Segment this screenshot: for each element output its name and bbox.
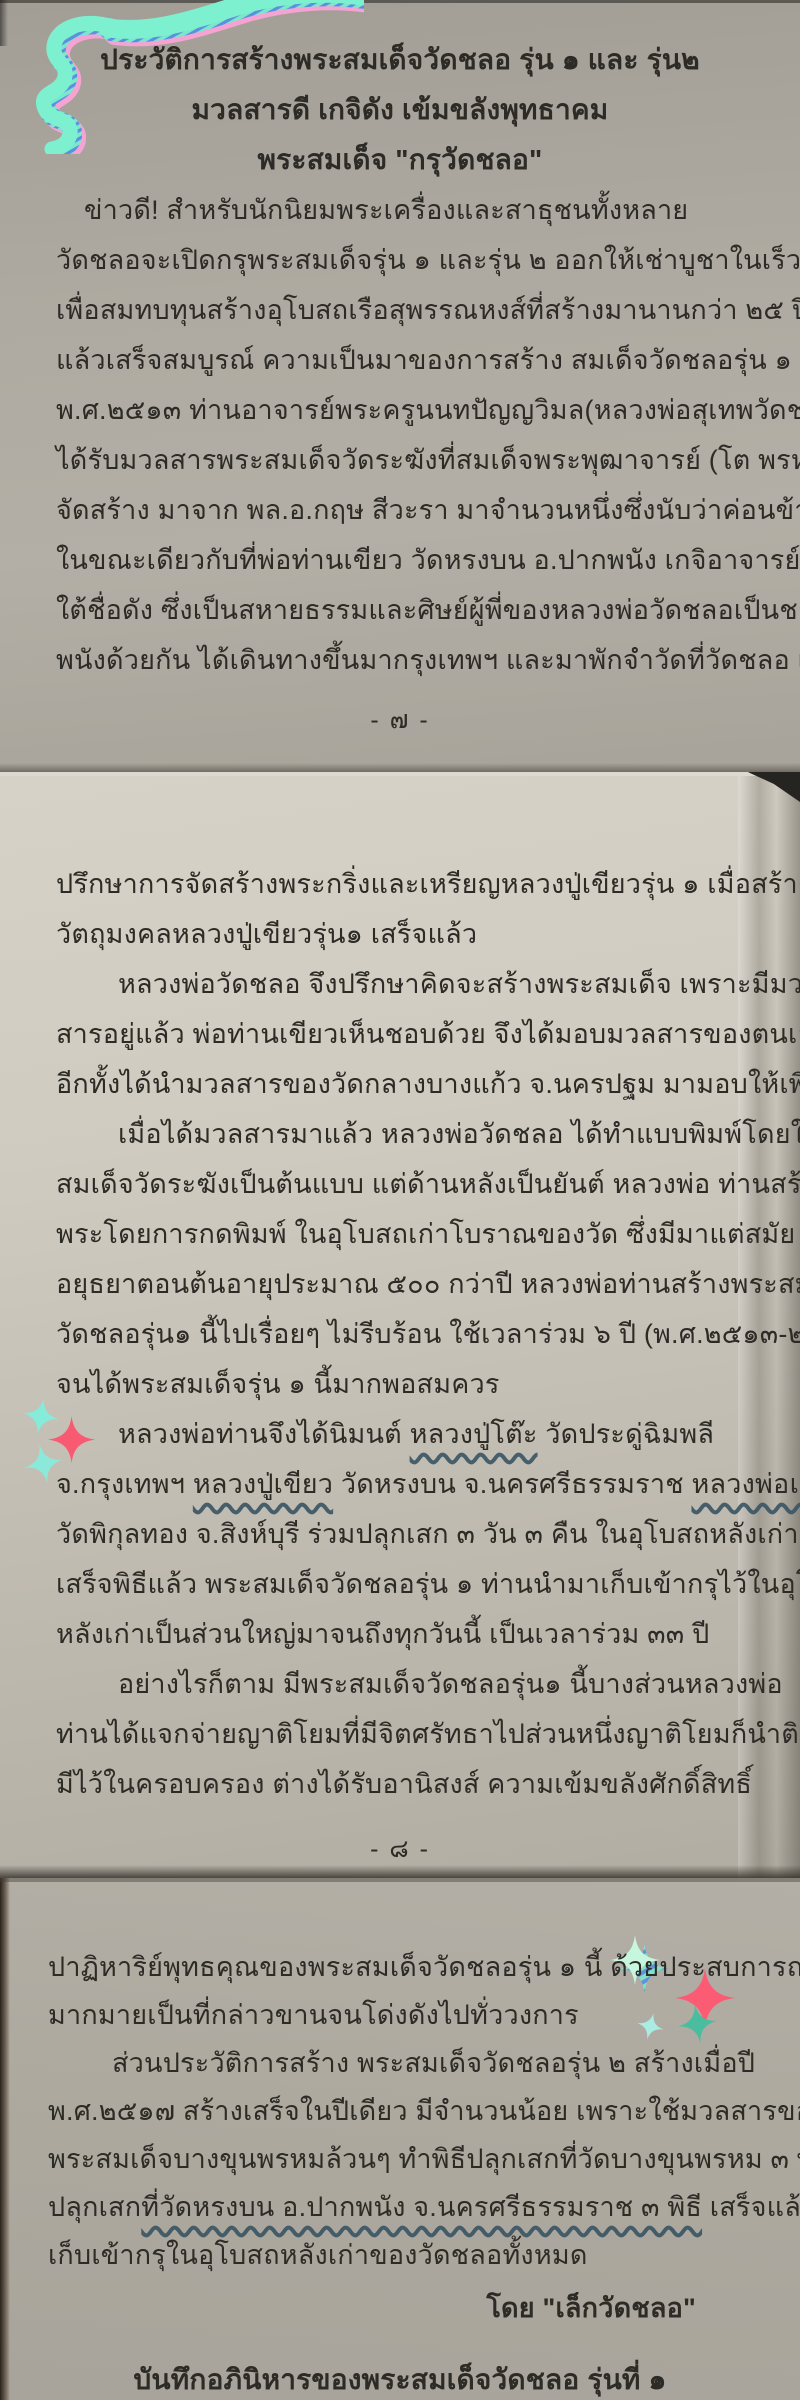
- scanned-page-8: ปรึกษาการจัดสร้างพระกริ่งและเหรียญหลวงปู…: [0, 772, 800, 1878]
- text-line: หลวงพ่อท่านจึงได้นิมนต์ หลวงปู่โต๊ะ วัดป…: [0, 1409, 800, 1459]
- title-line: พระสมเด็จ "กรุวัดชลอ": [0, 135, 800, 185]
- text-line: หลังเก่าเป็นส่วนใหญ่มาจนถึงทุกวันนี้ เป็…: [0, 1609, 800, 1659]
- text-line: จัดสร้าง มาจาก พล.อ.กฤษ สีวะรา มาจำนวนหน…: [0, 485, 800, 535]
- marker-underline: หลวงปู่โต๊ะ: [410, 1419, 538, 1449]
- section-heading: บันทึกอภินิหารของพระสมเด็จวัดชลอ รุ่นที่…: [0, 2356, 800, 2400]
- marker-underline: หลวงพ่อแพ: [691, 1469, 800, 1499]
- text-line: วัดพิกุลทอง จ.สิงห์บุรี ร่วมปลุกเสก ๓ วั…: [0, 1509, 800, 1559]
- text-line: เมื่อได้มวลสารมาแล้ว หลวงพ่อวัดชลอ ได้ทำ…: [0, 1109, 800, 1159]
- page-number: - ๗ -: [0, 700, 800, 740]
- text-line: จนได้พระสมเด็จรุ่น ๑ นี้มากพอสมควร: [0, 1359, 800, 1409]
- text-line: ปลุกเสกที่วัดหรงบน อ.ปากพนัง จ.นครศรีธรร…: [0, 2183, 800, 2231]
- text-line: ปาฏิหาริย์พุทธคุณของพระสมเด็จวัดชลอรุ่น …: [0, 1943, 800, 1991]
- text-line: มีไว้ในครอบครอง ต่างได้รับอานิสงส์ ความเ…: [0, 1759, 800, 1809]
- text-line: ท่านได้แจกจ่ายญาติโยมที่มีจิตศรัทธาไปส่ว…: [0, 1709, 800, 1759]
- page-7-text-block: ประวัติการสร้างพระสมเด็จวัดชลอ รุ่น ๑ แล…: [0, 35, 800, 685]
- text-line: พระสมเด็จบางขุนพรหมล้วนๆ ทำพิธีปลุกเสกที…: [0, 2135, 800, 2183]
- text-line: เพื่อสมทบทุนสร้างอุโบสถเรือสุพรรณหงส์ที่…: [0, 285, 800, 335]
- text-line: เสร็จพิธีแล้ว พระสมเด็จวัดชลอรุ่น ๑ ท่าน…: [0, 1559, 800, 1609]
- text-segment: จ.กรุงเทพฯ: [56, 1469, 193, 1499]
- text-line: ในขณะเดียวกับที่พ่อท่านเขียว วัดหรงบน อ.…: [0, 535, 800, 585]
- text-line: ใต้ชื่อดัง ซึ่งเป็นสหายธรรมและศิษย์ผู้พี…: [0, 585, 800, 635]
- text-line: อยุธยาตอนต้นอายุประมาณ ๕๐๐ กว่าปี หลวงพ่…: [0, 1259, 800, 1309]
- text-line: วัดชลอจะเปิดกรุพระสมเด็จรุ่น ๑ และรุ่น ๒…: [0, 235, 800, 285]
- scanned-page-7: ประวัติการสร้างพระสมเด็จวัดชลอ รุ่น ๑ แล…: [0, 0, 800, 772]
- page-9-text-block: ปาฏิหาริย์พุทธคุณของพระสมเด็จวัดชลอรุ่น …: [0, 1943, 800, 2400]
- byline: โดย "เล็กวัดชลอ": [0, 2284, 800, 2332]
- text-line: ส่วนประวัติการสร้าง พระสมเด็จวัดชลอรุ่น …: [0, 2039, 800, 2087]
- title-line: มวลสารดี เกจิดัง เข้มขลังพุทธาคม: [0, 85, 800, 135]
- marker-underline: หลวงปู่เขียว: [193, 1469, 333, 1499]
- text-line: เก็บเข้ากรุในอุโบสถหลังเก่าของวัดชลอทั้ง…: [0, 2231, 800, 2279]
- text-line: จ.กรุงเทพฯ หลวงปู่เขียว วัดหรงบน จ.นครศร…: [0, 1459, 800, 1509]
- scanned-page-9: ปาฏิหาริย์พุทธคุณของพระสมเด็จวัดชลอรุ่น …: [0, 1878, 800, 2400]
- title-line: ประวัติการสร้างพระสมเด็จวัดชลอ รุ่น ๑ แล…: [0, 35, 800, 85]
- text-line: ได้รับมวลสารพระสมเด็จวัดระฆังที่สมเด็จพร…: [0, 435, 800, 485]
- page-8-text-block: ปรึกษาการจัดสร้างพระกริ่งและเหรียญหลวงปู…: [0, 859, 800, 1809]
- text-line: สารอยู่แล้ว พ่อท่านเขียวเห็นชอบด้วย จึงไ…: [0, 1009, 800, 1059]
- text-line: วัดชลอรุ่น๑ นี้ไปเรื่อยๆ ไม่รีบร้อน ใช้เ…: [0, 1309, 800, 1359]
- text-line: แล้วเสร็จสมบูรณ์ ความเป็นมาของการสร้าง ส…: [0, 335, 800, 385]
- text-line: พ.ศ.๒๕๑๗ สร้างเสร็จในปีเดียว มีจำนวนน้อย…: [0, 2087, 800, 2135]
- text-line: อย่างไรก็ตาม มีพระสมเด็จวัดชลอรุ่น๑ นี้บ…: [0, 1659, 800, 1709]
- text-line: พนังด้วยกัน ได้เดินทางขึ้นมากรุงเทพฯ และ…: [0, 635, 800, 685]
- scanned-book-photo: ประวัติการสร้างพระสมเด็จวัดชลอ รุ่น ๑ แล…: [0, 0, 800, 2400]
- text-line: วัตถุมงคลหลวงปู่เขียวรุ่น๑ เสร็จแล้ว: [0, 909, 800, 959]
- text-segment: เสร็จแล้ว: [702, 2192, 800, 2222]
- text-line: พระโดยการกดพิมพ์ ในอุโบสถเก่าโบราณของวัด…: [0, 1209, 800, 1259]
- text-segment: วัดหรงบน จ.นครศรีธรรมราช: [333, 1469, 691, 1499]
- text-line: มากมายเป็นที่กล่าวขานจนโด่งดังไปทั่ววงกา…: [0, 1991, 800, 2039]
- page-number: - ๘ -: [0, 1829, 800, 1869]
- marker-underline: ที่วัดหรงบน อ.ปากพนัง จ.นครศรีธรรมราช ๓ …: [141, 2192, 702, 2222]
- text-line: พ.ศ.๒๕๑๓ ท่านอาจารย์พระครูนนทปัญญวิมล(หล…: [0, 385, 800, 435]
- text-segment: ปลุกเสก: [48, 2192, 141, 2222]
- text-line: ข่าวดี! สำหรับนักนิยมพระเครื่องและสาธุชน…: [0, 185, 800, 235]
- text-line: อีกทั้งได้นำมวลสารของวัดกลางบางแก้ว จ.นค…: [0, 1059, 800, 1109]
- text-line: ปรึกษาการจัดสร้างพระกริ่งและเหรียญหลวงปู…: [0, 859, 800, 909]
- text-line: สมเด็จวัดระฆังเป็นต้นแบบ แต่ด้านหลังเป็น…: [0, 1159, 800, 1209]
- text-segment: วัดประดู่ฉิมพลี: [538, 1419, 715, 1449]
- text-line: หลวงพ่อวัดชลอ จึงปรึกษาคิดจะสร้างพระสมเด…: [0, 959, 800, 1009]
- text-segment: หลวงพ่อท่านจึงได้นิมนต์: [118, 1419, 410, 1449]
